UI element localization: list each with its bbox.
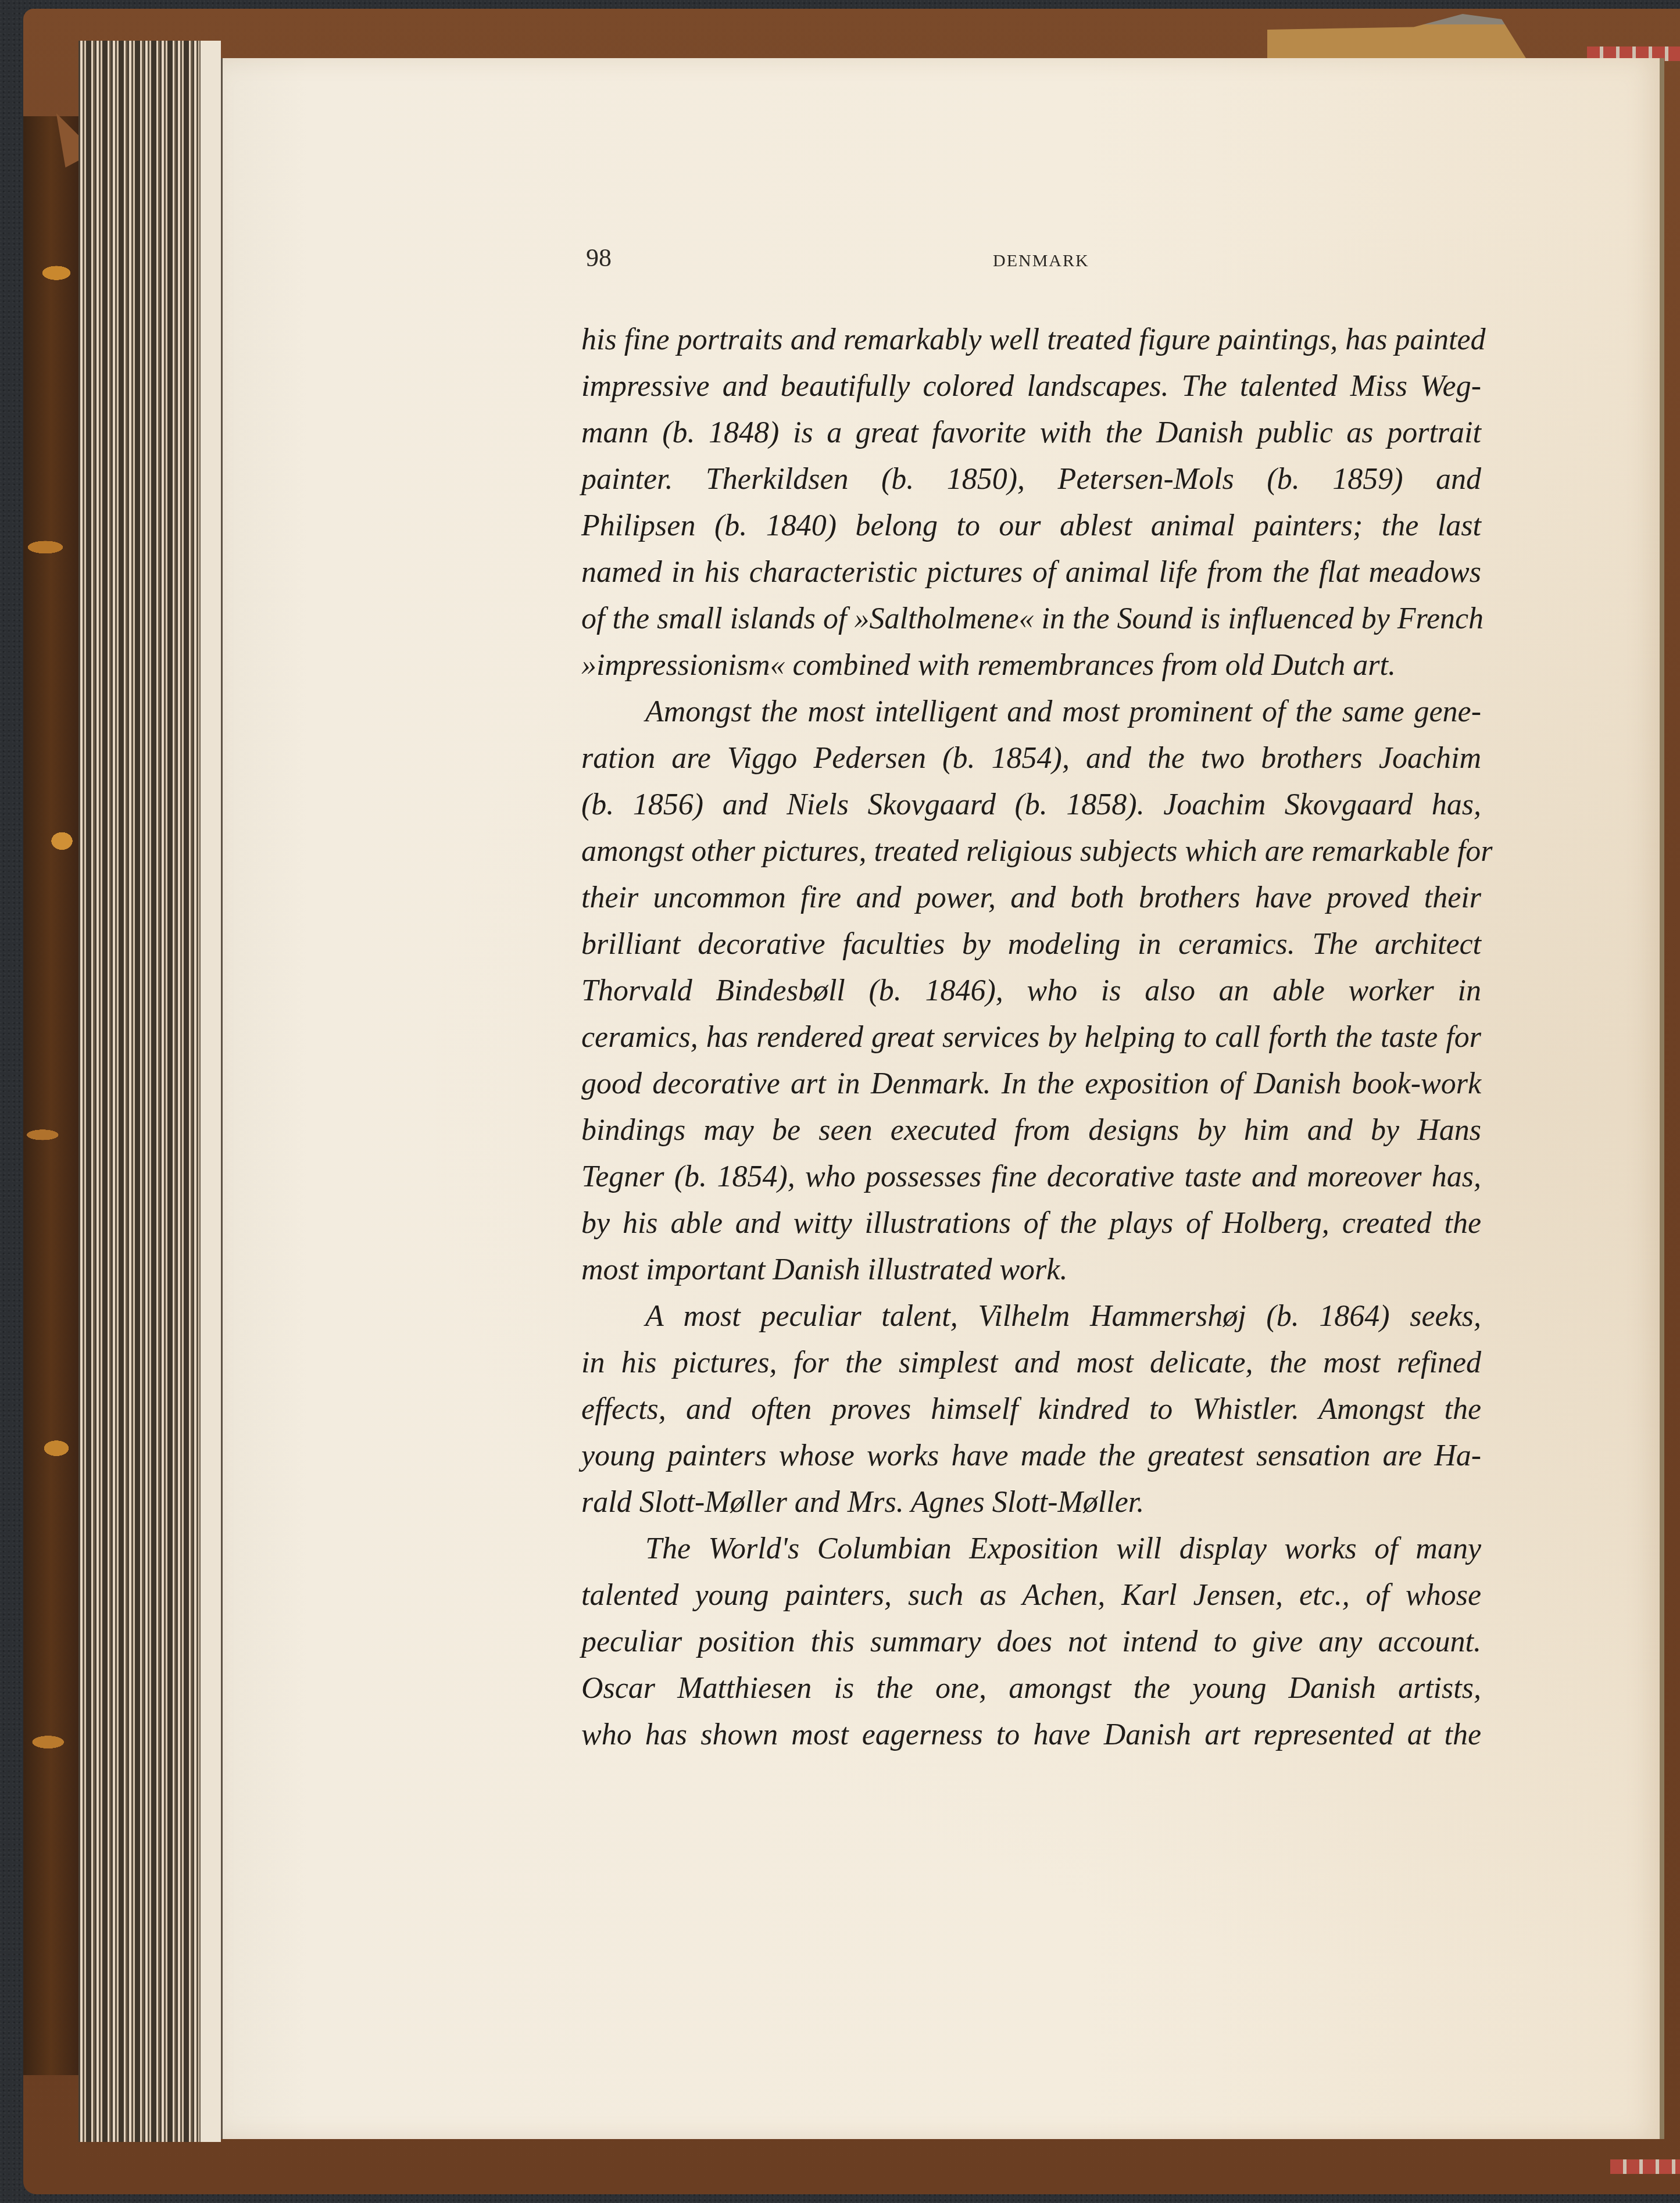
running-head-title: DENMARK (993, 251, 1089, 271)
text-line: brilliant decorative faculties by modeli… (581, 921, 1481, 968)
text-line: A most peculiar talent, Vilhelm Hammersh… (581, 1293, 1481, 1340)
text-line: good decorative art in Denmark. In the e… (581, 1061, 1481, 1107)
text-line: Philipsen (b. 1840) belong to our ablest… (581, 503, 1481, 549)
text-line: »impressionism« combined with remembranc… (581, 642, 1481, 689)
text-line: Amongst the most intelligent and most pr… (581, 689, 1481, 735)
running-head: 98 DENMARK (586, 243, 1481, 278)
text-line: young painters whose works have made the… (581, 1433, 1481, 1479)
marbled-binding-edge (23, 116, 78, 2075)
paragraph-4: The World's Columbian Exposition will di… (581, 1526, 1481, 1758)
text-line: most important Danish illustrated work. (581, 1247, 1481, 1293)
text-line: named in his characteristic pictures of … (581, 549, 1481, 596)
text-line: Thorvald Bindesbøll (b. 1846), who is al… (581, 968, 1481, 1014)
text-line: ceramics, has rendered great services by… (581, 1014, 1481, 1061)
text-line: rald Slott-Møller and Mrs. Agnes Slott-M… (581, 1479, 1481, 1526)
text-line: bindings may be seen executed from desig… (581, 1107, 1481, 1154)
text-line: in his pictures, for the simplest and mo… (581, 1340, 1481, 1386)
text-line: impressive and beautifully colored lands… (581, 363, 1481, 410)
text-line: The World's Columbian Exposition will di… (581, 1526, 1481, 1572)
text-line: talented young painters, such as Achen, … (581, 1572, 1481, 1619)
text-line: Oscar Matthiesen is the one, amongst the… (581, 1665, 1481, 1712)
text-line: (b. 1856) and Niels Skovgaard (b. 1858).… (581, 782, 1481, 828)
page-number: 98 (586, 243, 612, 273)
text-line: painter. Therkildsen (b. 1850), Petersen… (581, 456, 1481, 503)
paragraph-3: A most peculiar talent, Vilhelm Hammersh… (581, 1293, 1481, 1526)
text-line: effects, and often proves himself kindre… (581, 1386, 1481, 1433)
paragraph-1: his fine portraits and remarkably well t… (581, 317, 1481, 689)
text-line: Tegner (b. 1854), who possesses fine dec… (581, 1154, 1481, 1200)
page-edges-stack (78, 41, 221, 2142)
page-right-edge (1660, 58, 1664, 2139)
headband-bottom (1610, 2159, 1680, 2174)
text-line: by his able and witty illustrations of t… (581, 1200, 1481, 1247)
text-line: of the small islands of »Saltholmene« in… (581, 596, 1481, 642)
text-line: mann (b. 1848) is a great favorite with … (581, 410, 1481, 456)
text-line: their uncommon fire and power, and both … (581, 875, 1481, 921)
paragraph-2: Amongst the most intelligent and most pr… (581, 689, 1481, 1293)
text-line: amongst other pictures, treated religiou… (581, 828, 1481, 875)
body-text: his fine portraits and remarkably well t… (581, 317, 1481, 1758)
text-line: who has shown most eagerness to have Dan… (581, 1712, 1481, 1758)
text-line: his fine portraits and remarkably well t… (581, 317, 1481, 363)
text-line: peculiar position this summary does not … (581, 1619, 1481, 1665)
text-line: ration are Viggo Pedersen (b. 1854), and… (581, 735, 1481, 782)
